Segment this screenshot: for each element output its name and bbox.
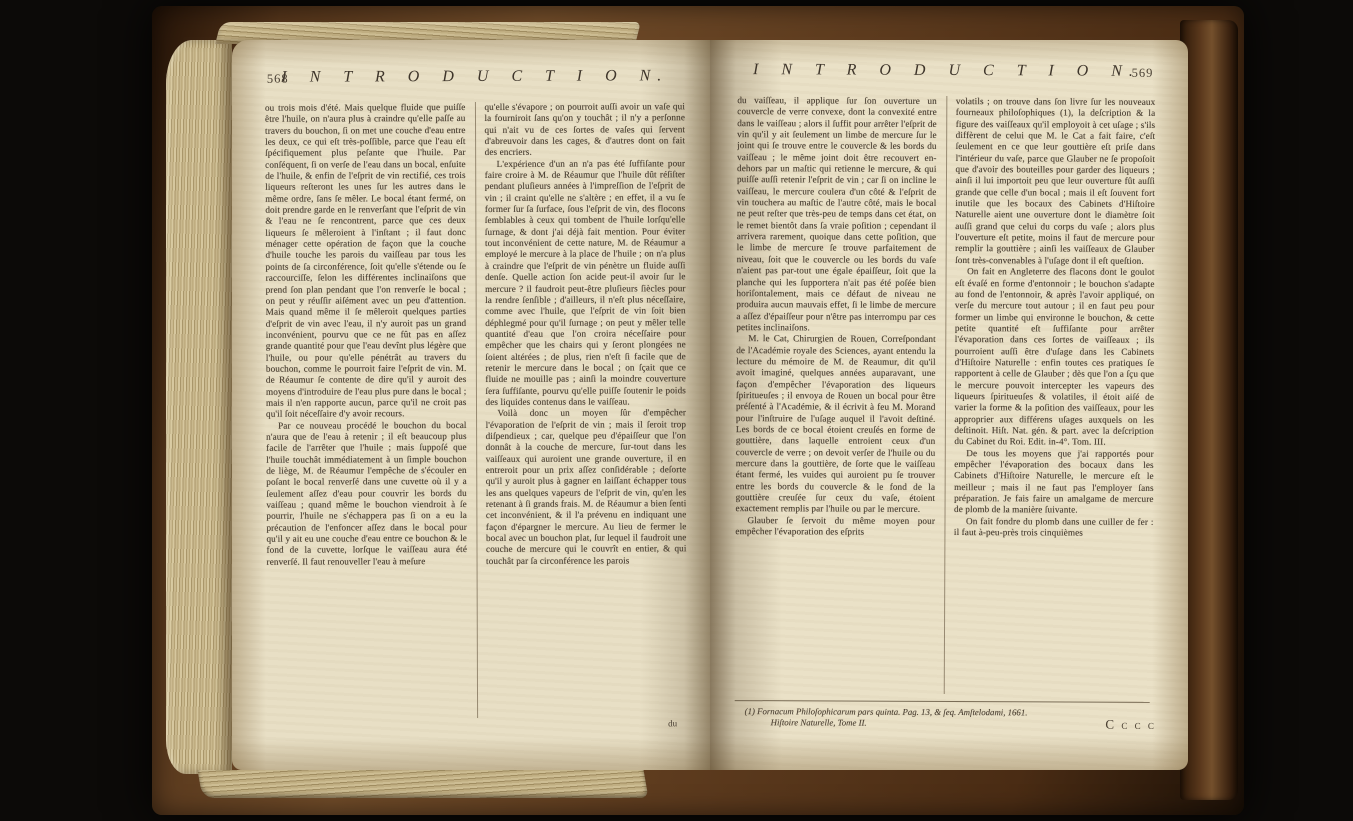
right-folio-number: 569 (1132, 66, 1154, 81)
footnote-line-2: Hiſtoire Naturelle, Tome II. (745, 717, 1146, 730)
right-page-columns: du vaiſſeau, il applique ſur ſon ouvertu… (735, 95, 1156, 695)
right-cover-edge (1180, 20, 1238, 800)
catchword: du (267, 718, 687, 729)
right-page: I N T R O D U C T I O N. 569 du vaiſſeau… (710, 40, 1188, 770)
left-page-column-2: qu'elle s'évapore ; on pourroit auſſi av… (474, 101, 687, 718)
signature-mark: C c c c (1105, 717, 1156, 733)
left-page-columns: ou trois mois d'été. Mais quelque fluide… (265, 101, 687, 718)
right-page-header: I N T R O D U C T I O N. 569 (737, 61, 1155, 89)
right-page-column-1: du vaiſſeau, il applique ſur ſon ouvertu… (735, 95, 946, 694)
left-page: 568 I N T R O D U C T I O N. ou trois mo… (232, 40, 710, 770)
left-page-column-1: ou trois mois d'été. Mais quelque fluide… (265, 102, 477, 719)
right-page-column-2: volatils ; on trouve dans ſon livre ſur … (943, 96, 1155, 695)
left-running-title: I N T R O D U C T I O N. (265, 67, 685, 86)
right-running-title: I N T R O D U C T I O N. (737, 61, 1155, 81)
footnote-block: (1) Fornacum Philoſophicarum pars quinta… (735, 700, 1150, 730)
left-page-header: 568 I N T R O D U C T I O N. (265, 67, 685, 94)
right-page-content: I N T R O D U C T I O N. 569 du vaiſſeau… (710, 40, 1188, 770)
fore-edge-page-block (166, 40, 232, 774)
bottom-page-edge (198, 770, 649, 798)
open-book: 568 I N T R O D U C T I O N. ou trois mo… (152, 6, 1244, 815)
left-page-content: 568 I N T R O D U C T I O N. ou trois mo… (232, 40, 710, 770)
book-photograph: 568 I N T R O D U C T I O N. ou trois mo… (0, 0, 1353, 821)
page-spread: 568 I N T R O D U C T I O N. ou trois mo… (232, 40, 1188, 770)
